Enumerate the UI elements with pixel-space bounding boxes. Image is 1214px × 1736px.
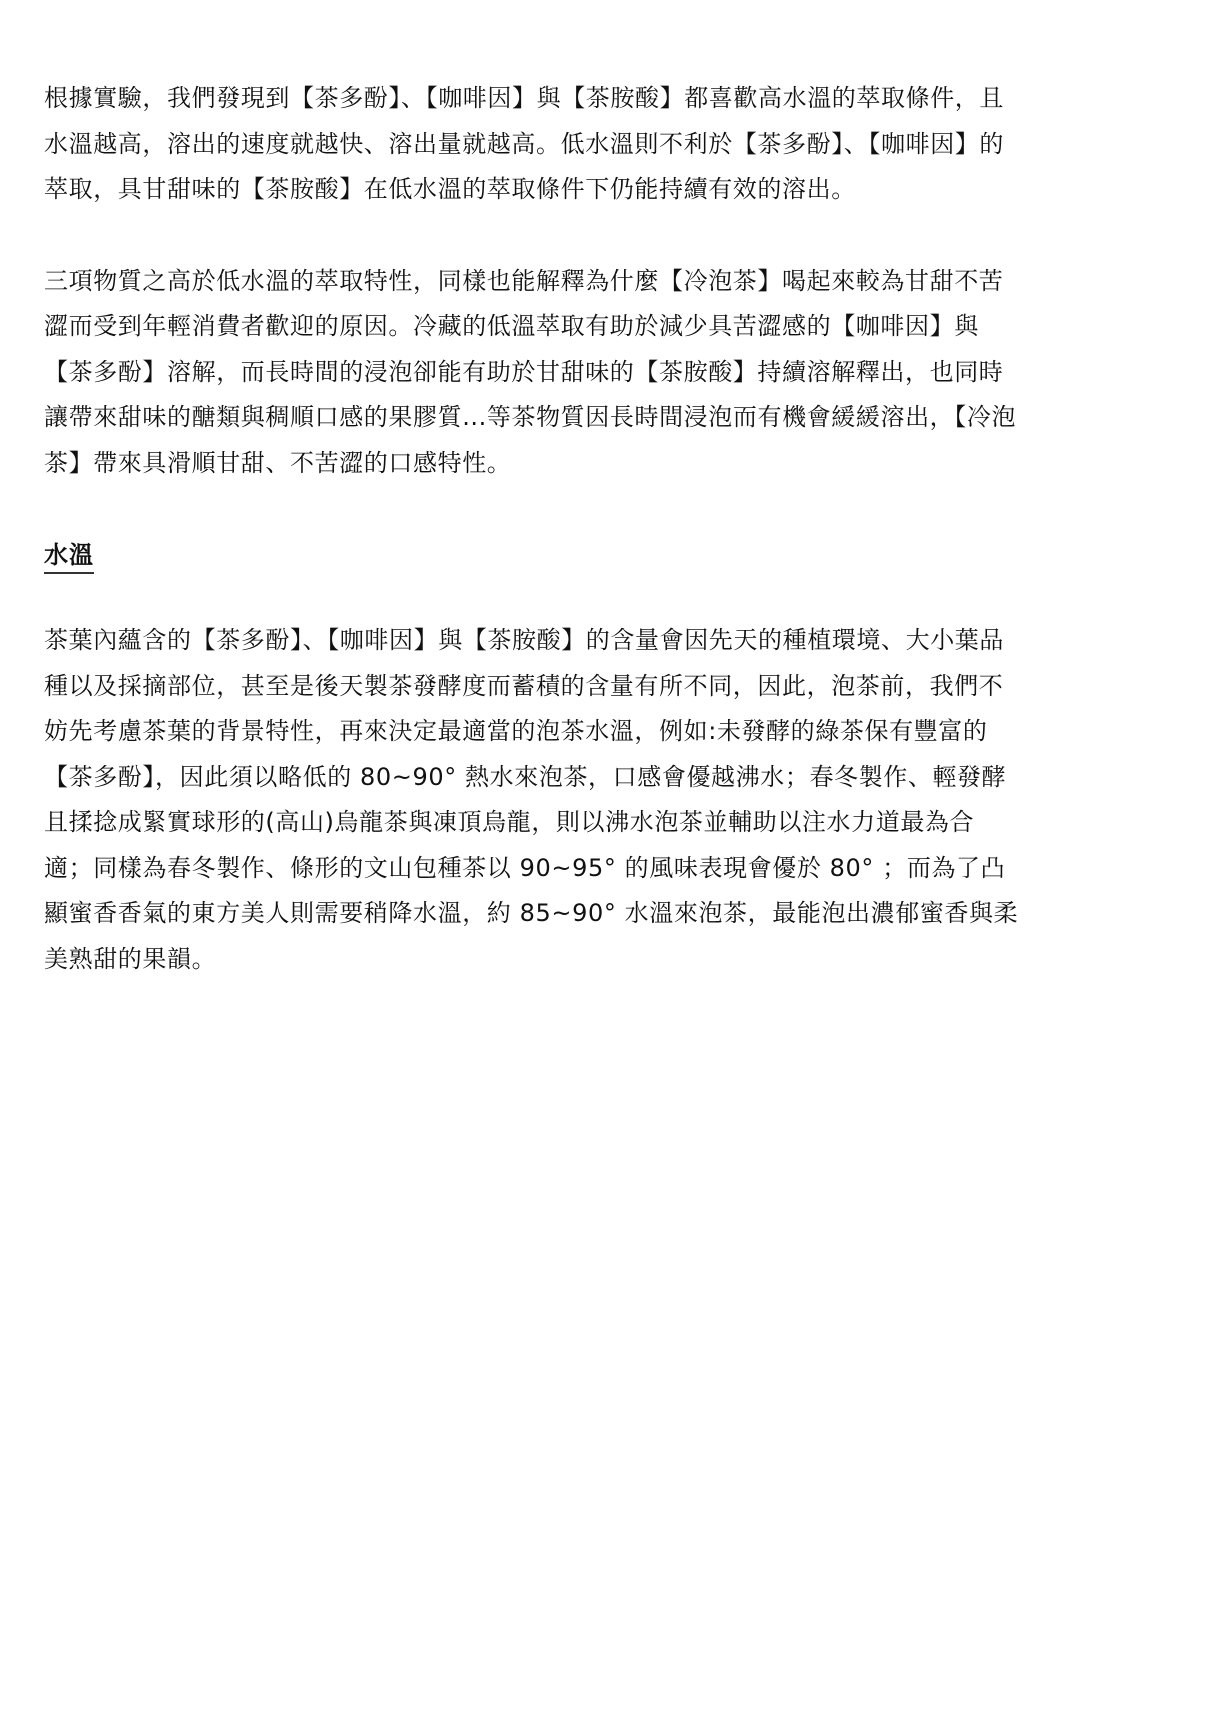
text-line: 根據實驗，我們發現到【茶多酚】、【咖啡因】與【茶胺酸】都喜歡高水溫的萃取條件，且 xyxy=(44,76,1184,122)
text-line: 顯蜜香香氣的東方美人則需要稍降水溫，約 85~90° 水溫來泡茶，最能泡出濃郁蜜… xyxy=(44,891,1184,937)
text-line: 【茶多酚】，因此須以略低的 80~90° 熱水來泡茶，口感會優越沸水；春冬製作、… xyxy=(44,755,1184,801)
text-line: 【茶多酚】溶解，而長時間的浸泡卻能有助於甘甜味的【茶胺酸】持續溶解釋出，也同時 xyxy=(44,350,1184,396)
text-line: 種以及採摘部位，甚至是後天製茶發酵度而蓄積的含量有所不同，因此，泡茶前，我們不 xyxy=(44,664,1184,710)
text-line: 妨先考慮茶葉的背景特性，再來決定最適當的泡茶水溫，例如:未發酵的綠茶保有豐富的 xyxy=(44,709,1184,755)
text-line: 澀而受到年輕消費者歡迎的原因。冷藏的低溫萃取有助於減少具苦澀感的【咖啡因】與 xyxy=(44,304,1184,350)
text-line: 萃取，具甘甜味的【茶胺酸】在低水溫的萃取條件下仍能持續有效的溶出。 xyxy=(44,167,1184,213)
paragraph-extraction-experiment: 根據實驗，我們發現到【茶多酚】、【咖啡因】與【茶胺酸】都喜歡高水溫的萃取條件，且… xyxy=(44,76,1184,213)
text-line: 讓帶來甜味的醣類與稠順口感的果膠質...等茶物質因長時間浸泡而有機會緩緩溶出，【… xyxy=(44,395,1184,441)
document-page: 根據實驗，我們發現到【茶多酚】、【咖啡因】與【茶胺酸】都喜歡高水溫的萃取條件，且… xyxy=(44,76,1184,982)
section-heading-water-temperature: 水溫 xyxy=(44,540,94,574)
paragraph-water-temperature: 茶葉內蘊含的【茶多酚】、【咖啡因】與【茶胺酸】的含量會因先天的種植環境、大小葉品… xyxy=(44,618,1184,982)
text-line: 水溫越高，溶出的速度就越快、溶出量就越高。低水溫則不利於【茶多酚】、【咖啡因】的 xyxy=(44,122,1184,168)
text-line: 適；同樣為春冬製作、條形的文山包種茶以 90~95° 的風味表現會優於 80° … xyxy=(44,846,1184,892)
text-line: 三項物質之高於低水溫的萃取特性，同樣也能解釋為什麼【冷泡茶】喝起來較為甘甜不苦 xyxy=(44,259,1184,305)
text-line: 茶葉內蘊含的【茶多酚】、【咖啡因】與【茶胺酸】的含量會因先天的種植環境、大小葉品 xyxy=(44,618,1184,664)
text-line: 美熟甜的果韻。 xyxy=(44,937,1184,983)
text-line: 且揉捻成緊實球形的(高山)烏龍茶與凍頂烏龍，則以沸水泡茶並輔助以注水力道最為合 xyxy=(44,800,1184,846)
text-line: 茶】帶來具滑順甘甜、不苦澀的口感特性。 xyxy=(44,441,1184,487)
paragraph-cold-brew: 三項物質之高於低水溫的萃取特性，同樣也能解釋為什麼【冷泡茶】喝起來較為甘甜不苦 … xyxy=(44,259,1184,487)
